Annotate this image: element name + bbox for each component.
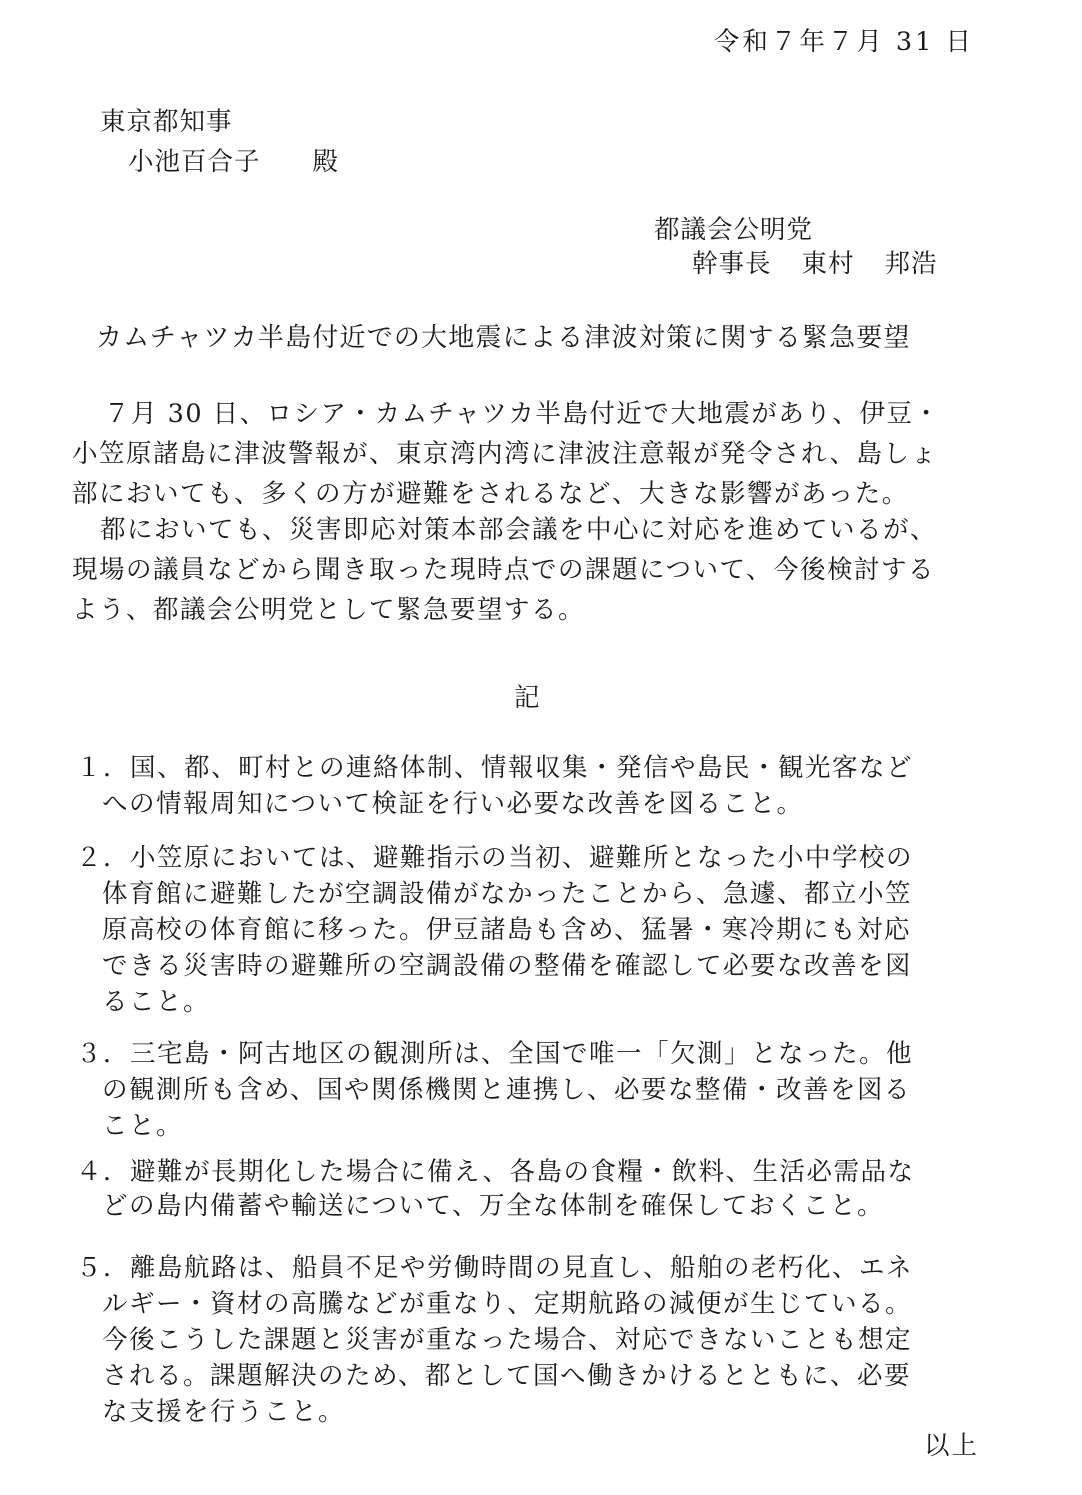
item-text: 離島航路は、船員不足や労働時間の見直し、船舶の老朽化、エネ [130,1253,913,1283]
body-paragraph-1-line-3: 部においても、多くの方が避難をされるなど、大きな影響があった。 [72,478,909,510]
item-text: 避難が長期化した場合に備え、各島の食糧・飲料、生活必需品な [130,1157,915,1187]
request-item-1-line-2: への情報周知について検証を行い必要な改善を図ること。 [102,788,804,820]
item-text: 三宅島・阿古地区の観測所は、全国で唯一「欠測」となった。他 [130,1039,913,1069]
body-paragraph-1-line-2: 小笠原諸島に津波警報が、東京湾内湾に津波注意報が発令され、島しょ [72,438,938,470]
item-text: 小笠原においては、避難指示の当初、避難所となった小中学校の [130,843,913,873]
body-paragraph-2-line-2: 現場の議員などから聞き取った現時点での課題について、今後検討する [72,554,935,586]
item-number: ３． [76,1039,130,1069]
request-item-4: ４．避難が長期化した場合に備え、各島の食糧・飲料、生活必需品な [76,1156,915,1188]
request-item-2: ２．小笠原においては、避難指示の当初、避難所となった小中学校の [76,842,913,874]
request-item-2-line-2: 体育館に避難したが空調設備がなかったことから、急遽、都立小笠 [102,878,912,910]
request-item-4-line-2: どの島内備蓄や輸送について、万全な体制を確保しておくこと。 [102,1190,884,1222]
request-item-5: ５．離島航路は、船員不足や労働時間の見直し、船舶の老朽化、エネ [76,1252,913,1284]
request-item-3: ３．三宅島・阿古地区の観測所は、全国で唯一「欠測」となった。他 [76,1038,913,1070]
sender-given-name: 邦浩 [885,249,938,279]
sender-line: 幹事長東村邦浩 [692,248,938,280]
body-paragraph-1-line-1: ７月 30 日、ロシア・カムチャツカ半島付近で大地震があり、伊豆・ [104,398,940,430]
request-item-1: １．国、都、町村との連絡体制、情報収集・発信や島民・観光客など [76,752,913,784]
letter-page: 令和７年７月 31 日 東京都知事 小池百合子殿 都議会公明党 幹事長東村邦浩 … [0,0,1082,1495]
sender-position: 幹事長 [692,249,772,279]
item-number: ５． [76,1253,130,1283]
sender-organization: 都議会公明党 [654,214,813,246]
request-item-5-line-4: される。課題解決のため、都として国へ働きかけるとともに、必要 [102,1360,911,1392]
request-item-2-line-4: できる災害時の避難所の空調設備の整備を確認して必要な改善を図 [102,950,912,982]
request-item-2-line-3: 原高校の体育館に移った。伊豆諸島も含め、猛暑・寒冷期にも対応 [102,914,911,946]
recipient-honorific: 殿 [313,147,340,177]
body-paragraph-2-line-3: よう、都議会公明党として緊急要望する。 [72,594,585,626]
letter-date: 令和７年７月 31 日 [714,26,974,58]
sender-surname: 東村 [802,249,855,279]
closing-mark: 以上 [924,1430,979,1462]
recipient-title: 東京都知事 [100,106,233,138]
request-item-5-line-2: ルギー・資材の高騰などが重なり、定期航路の減便が生じている。 [102,1288,912,1320]
request-item-5-line-5: な支援を行うこと。 [102,1396,345,1428]
recipient-line: 小池百合子殿 [128,146,339,178]
ki-heading: 記 [514,682,540,714]
request-item-5-line-3: 今後こうした課題と災害が重なった場合、対応できないことも想定 [102,1324,912,1356]
recipient-name: 小池百合子 [128,147,261,177]
document-subject: カムチャツカ半島付近での大地震による津波対策に関する緊急要望 [96,322,911,354]
request-item-3-line-3: こと。 [102,1110,183,1142]
request-item-2-line-5: ること。 [102,986,210,1018]
item-number: ２． [76,843,130,873]
item-number: ４． [76,1157,130,1187]
item-text: 国、都、町村との連絡体制、情報収集・発信や島民・観光客など [130,753,913,783]
body-paragraph-2-line-1: 都においても、災害即応対策本部会議を中心に対応を進めているが、 [100,514,937,546]
request-item-3-line-2: の観測所も含め、国や関係機関と連携し、必要な整備・改善を図る [102,1074,911,1106]
item-number: １． [76,753,130,783]
